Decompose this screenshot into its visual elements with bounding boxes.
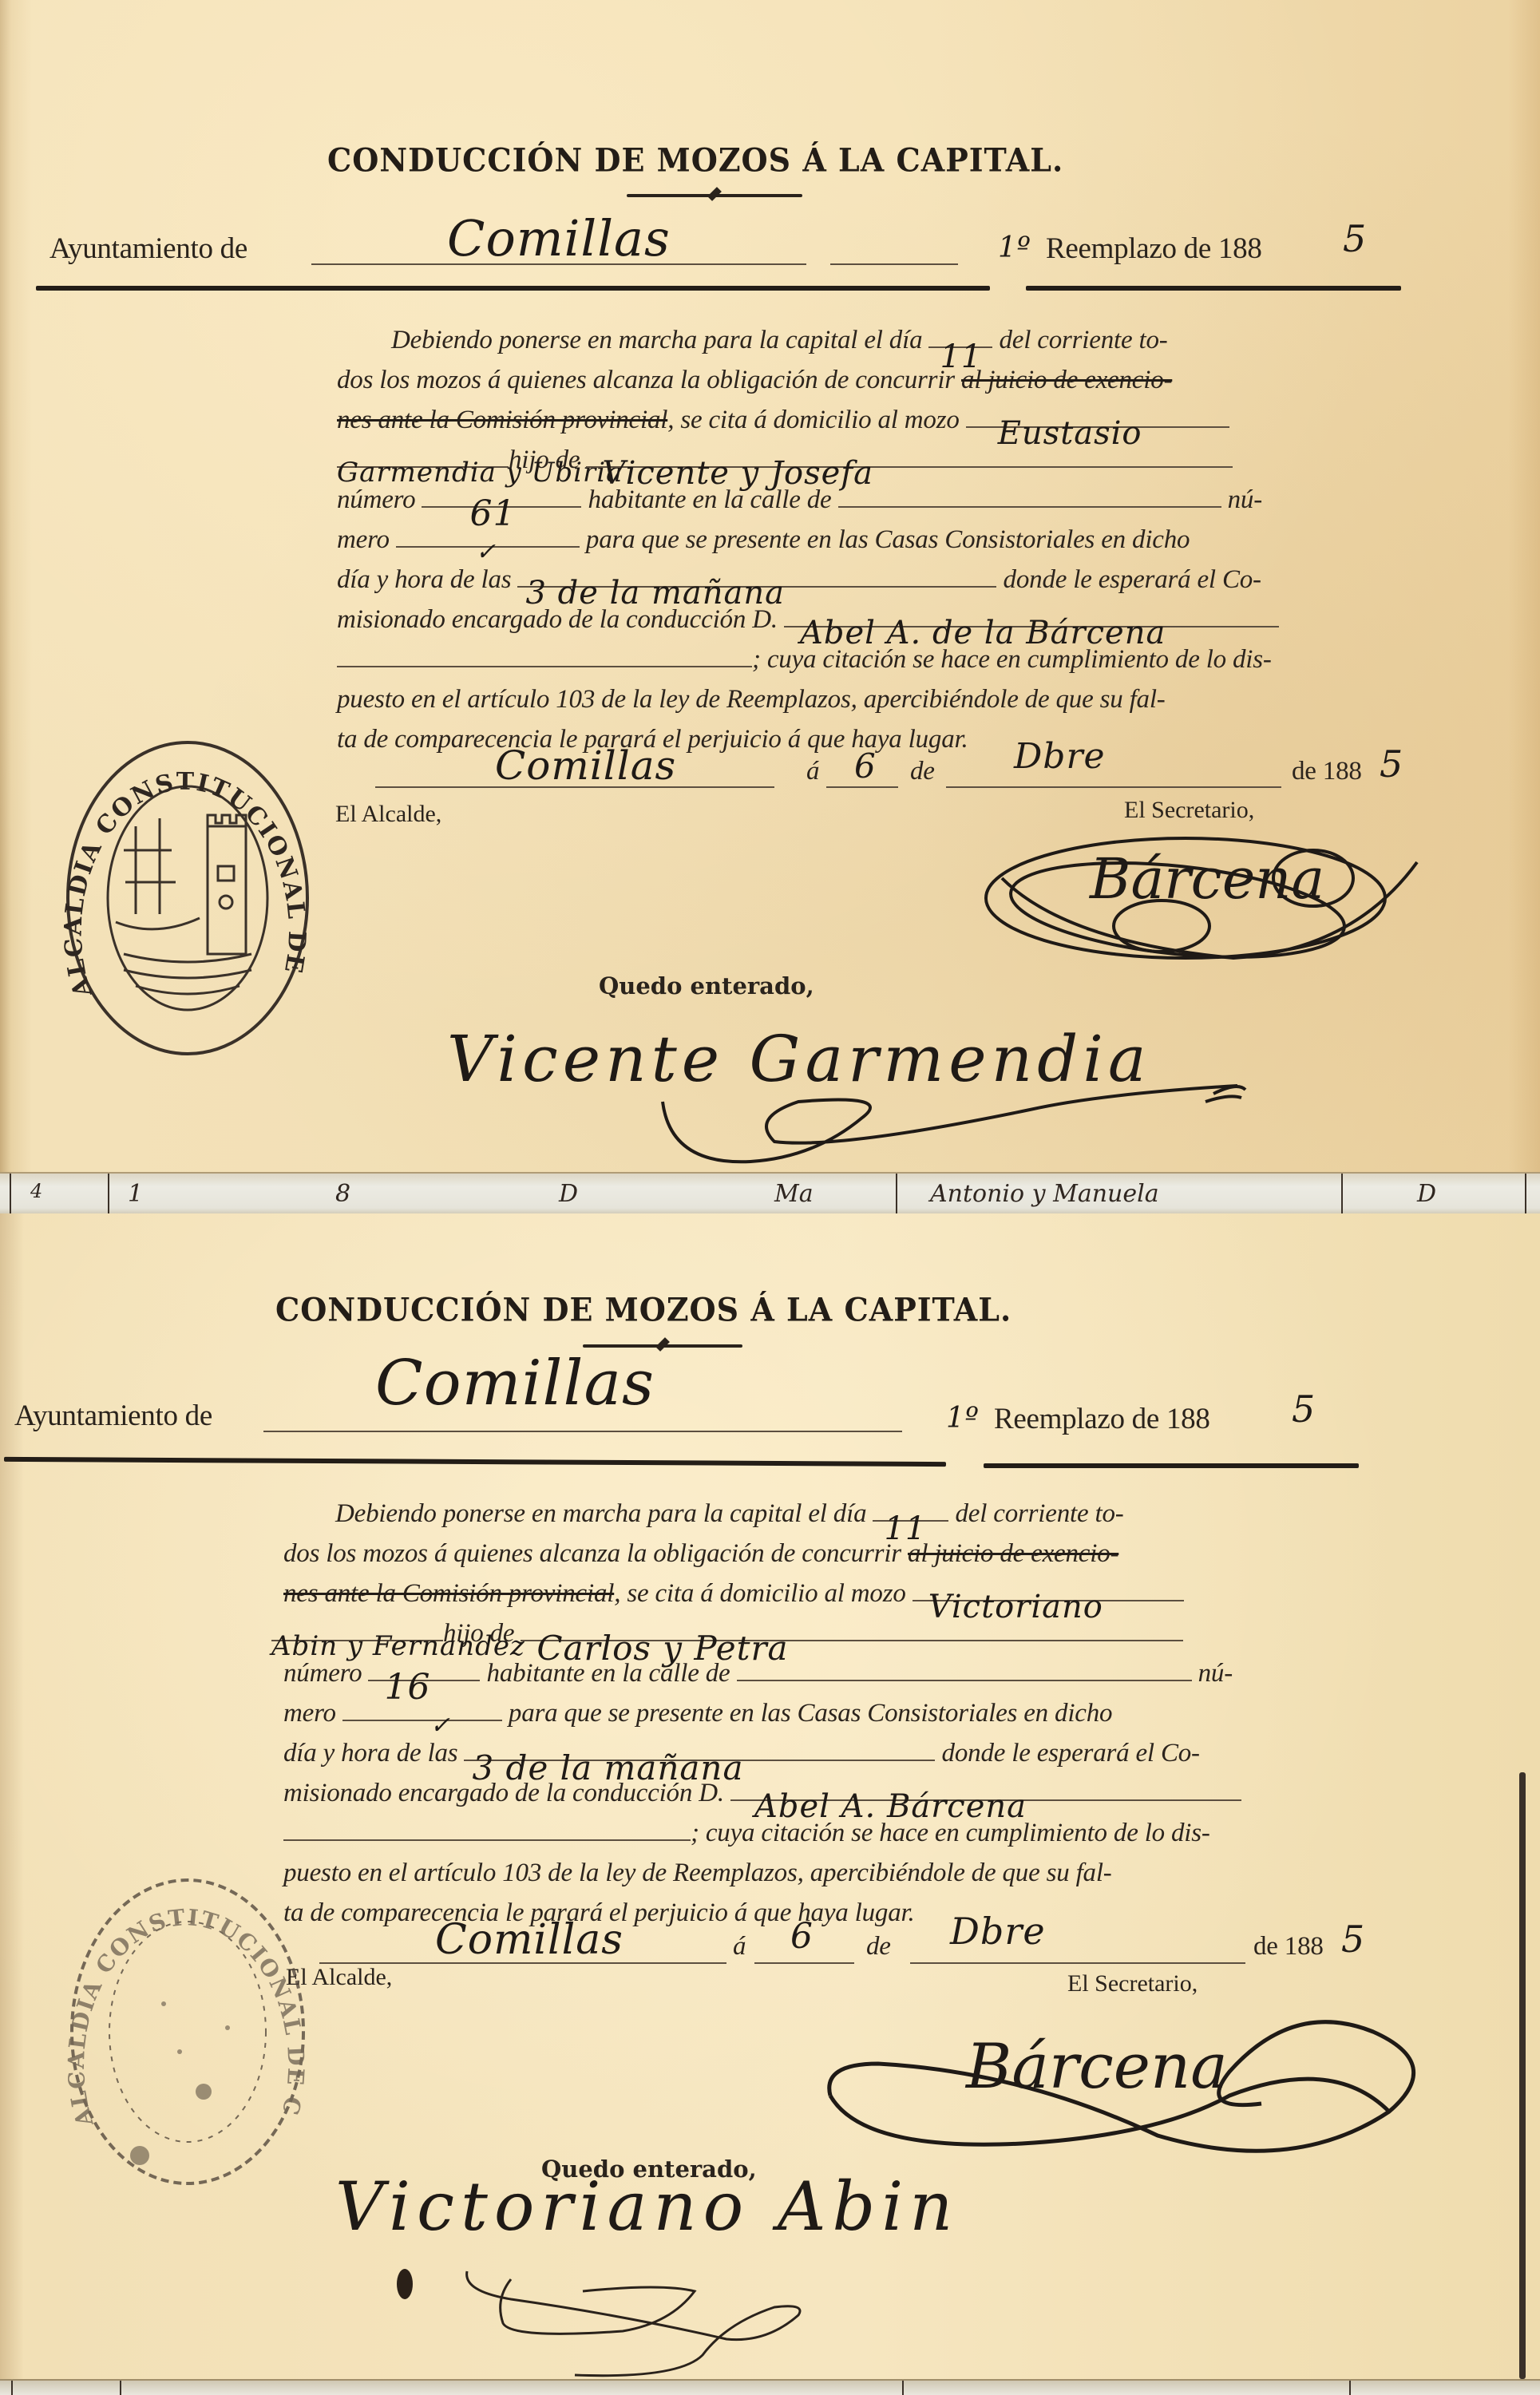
ayuntamiento-label: Ayuntamiento de bbox=[49, 232, 247, 266]
struck-text: al juicio de exencio- bbox=[961, 366, 1172, 394]
hora-field: 3 de la mañana bbox=[464, 1760, 935, 1761]
reemplazo-label: Reemplazo de 188 bbox=[994, 1402, 1210, 1436]
body-text: ; cuya citación se hace en cumplimiento … bbox=[752, 645, 1272, 674]
reemplazo-year-digit: 5 bbox=[1343, 217, 1367, 260]
body-line-2: dos los mozos á quienes alcanza la oblig… bbox=[283, 1539, 1118, 1569]
form-sheet-2: CONDUCCIÓN DE MOZOS Á LA CAPITAL. Ayunta… bbox=[0, 1213, 1540, 2379]
strip-cell: D bbox=[1417, 1180, 1436, 1208]
body-text: mero bbox=[337, 525, 390, 554]
date-place-value: Comillas bbox=[495, 742, 676, 789]
dia-field: 11 bbox=[928, 346, 992, 348]
body-text: dos los mozos á quienes alcanza la oblig… bbox=[337, 366, 955, 394]
date-de-label: de bbox=[866, 1932, 891, 1962]
date-year-digit: 5 bbox=[1380, 742, 1403, 786]
body-text: dos los mozos á quienes alcanza la oblig… bbox=[283, 1539, 901, 1568]
strip-cell-border bbox=[1525, 1174, 1526, 1215]
municipal-seal-icon: ALCALDIA CONSTITUCIONAL DE COMILLAS bbox=[60, 1868, 315, 2195]
underlying-register-strip: 4 1 8 D Ma Antonio y Manuela D bbox=[0, 1172, 1540, 1218]
svg-text:Bárcena: Bárcena bbox=[1088, 846, 1324, 912]
numero-calle-value: ✓ bbox=[476, 538, 497, 566]
day-field-line bbox=[826, 786, 898, 788]
body-line-3: nes ante la Comisión provincial, se cita… bbox=[283, 1579, 1184, 1609]
signature-flourish-icon bbox=[655, 1070, 1261, 1174]
alcalde-label: El Alcalde, bbox=[335, 801, 441, 828]
body-text: habitante en la calle de bbox=[487, 1659, 730, 1688]
body-text: Debiendo ponerse en marcha para la capit… bbox=[335, 1499, 866, 1528]
reemplazo-year-digit: 5 bbox=[1292, 1388, 1316, 1431]
ink-blot bbox=[397, 2269, 413, 2299]
svg-text:Bárcena: Bárcena bbox=[964, 2031, 1228, 2103]
calle-field bbox=[838, 506, 1221, 508]
date-day-value: 6 bbox=[790, 1916, 814, 1957]
body-text: ; cuya citación se hace en cumplimiento … bbox=[691, 1819, 1210, 1847]
body-text: puesto en el artículo 103 de la ley de R… bbox=[337, 685, 1166, 714]
header-rule-left bbox=[4, 1457, 946, 1467]
underlying-register-strip-bottom bbox=[0, 2379, 1540, 2395]
date-a-label: á bbox=[806, 757, 819, 786]
padres-field: Vicente y Josefa bbox=[586, 466, 1233, 468]
body-text: nú- bbox=[1228, 485, 1262, 514]
dia-field: 11 bbox=[873, 1520, 948, 1522]
month-field-line bbox=[946, 786, 1281, 788]
strip-cell-border bbox=[1341, 1174, 1343, 1215]
body-line-5: número 61 habitante en la calle de nú- bbox=[337, 485, 1262, 515]
page-edge-mark bbox=[1519, 1772, 1526, 2379]
date-place-value: Comillas bbox=[435, 1916, 624, 1964]
quedo-enterado-label: Quedo enterado, bbox=[599, 972, 814, 1000]
body-line-4: Garmendia y Ubiriahijo de Vicente y Jose… bbox=[337, 445, 1233, 475]
secretary-signature-icon: Bárcena bbox=[814, 2000, 1437, 2159]
body-line-10: puesto en el artículo 103 de la ley de R… bbox=[337, 685, 1166, 715]
body-line-7: día y hora de las 3 de la mañana donde l… bbox=[283, 1739, 1200, 1768]
struck-text: al juicio de exencio- bbox=[908, 1539, 1118, 1568]
strip-cell: Antonio y Manuela bbox=[930, 1180, 1159, 1208]
date-a-label: á bbox=[733, 1932, 746, 1962]
secretario-label: El Secretario, bbox=[1067, 1970, 1198, 1997]
header-rule-right bbox=[984, 1463, 1359, 1468]
body-text: para que se presente en las Casas Consis… bbox=[509, 1699, 1112, 1728]
comisionado-field: Abel A. Bárcena bbox=[730, 1799, 1241, 1801]
body-text: número bbox=[283, 1659, 362, 1688]
ayuntamiento-field-line bbox=[263, 1431, 902, 1432]
body-line-8: misionado encargado de la conducción D. … bbox=[283, 1779, 1241, 1808]
ayuntamiento-value: Comillas bbox=[447, 209, 671, 267]
struck-text: nes ante la Comisión provincial bbox=[283, 1579, 614, 1608]
body-text: número bbox=[337, 485, 415, 514]
body-line-8: misionado encargado de la conducción D. … bbox=[337, 605, 1279, 635]
header-rule-right bbox=[1026, 286, 1401, 291]
body-text: , se cita á domicilio al mozo bbox=[614, 1579, 905, 1608]
date-month-value: Dbre bbox=[950, 1910, 1046, 1953]
day-field-line bbox=[754, 1962, 854, 1964]
strip-cell-border bbox=[902, 2381, 904, 2395]
mozo-surname-value: Garmendia y Ubiria bbox=[337, 457, 623, 489]
hora-field: 3 de la mañana bbox=[517, 586, 996, 588]
svg-text:ALCALDIA CONSTITUCIONAL DE COM: ALCALDIA CONSTITUCIONAL DE COMILLAS bbox=[60, 730, 311, 1001]
body-text: para que se presente en las Casas Consis… bbox=[586, 525, 1190, 554]
body-text: del corriente to- bbox=[1000, 326, 1168, 354]
body-line-4: Abin y Fernandezhijo de Carlos y Petra bbox=[271, 1619, 1183, 1649]
body-line-1: Debiendo ponerse en marcha para la capit… bbox=[335, 1499, 1124, 1529]
mozo-field: Victoriano bbox=[913, 1600, 1184, 1601]
body-text: , se cita á domicilio al mozo bbox=[667, 406, 959, 434]
body-line-9: ; cuya citación se hace en cumplimiento … bbox=[337, 645, 1272, 675]
body-text: Debiendo ponerse en marcha para la capit… bbox=[391, 326, 922, 354]
numero-calle-value: ✓ bbox=[430, 1712, 451, 1740]
numero-field: 61 bbox=[422, 506, 581, 508]
strip-cell-border bbox=[896, 1174, 897, 1215]
body-text: del corriente to- bbox=[956, 1499, 1124, 1528]
body-text: día y hora de las bbox=[283, 1739, 457, 1768]
date-month-value: Dbre bbox=[1014, 736, 1106, 777]
secretary-signature-icon: Bárcena bbox=[970, 822, 1433, 982]
strip-cell-border bbox=[11, 2381, 13, 2395]
ornament-divider bbox=[627, 194, 802, 197]
strip-cell-border bbox=[1349, 2381, 1351, 2395]
form-sheet-1: CONDUCCIÓN DE MOZOS Á LA CAPITAL. Ayunta… bbox=[0, 0, 1540, 1172]
strip-cell: 4 bbox=[30, 1180, 42, 1202]
svg-text:ALCALDIA CONSTITUCIONAL DE COM: ALCALDIA CONSTITUCIONAL DE COMILLAS bbox=[60, 1868, 309, 2130]
reemplazo-prefix: 1º bbox=[998, 232, 1031, 264]
body-text: donde le esperará el Co- bbox=[1004, 565, 1261, 594]
month-field-line bbox=[910, 1962, 1245, 1964]
body-line-6: mero ✓ para que se presente en las Casas… bbox=[283, 1699, 1112, 1728]
strip-cell-border bbox=[108, 1174, 109, 1215]
body-text: misionado encargado de la conducción D. bbox=[337, 605, 778, 634]
body-text: puesto en el artículo 103 de la ley de R… bbox=[283, 1859, 1112, 1887]
recipient-signature: Victoriano Abin bbox=[335, 2167, 959, 2246]
numero-field: 16 bbox=[368, 1680, 480, 1681]
reemplazo-label: Reemplazo de 188 bbox=[1046, 232, 1262, 266]
mozo-surname-field: Abin y Fernandez bbox=[271, 1640, 443, 1641]
field-line bbox=[830, 263, 958, 265]
strip-cell: Ma bbox=[774, 1180, 814, 1208]
form-title: CONDUCCIÓN DE MOZOS Á LA CAPITAL. bbox=[327, 141, 1063, 179]
form-title: CONDUCCIÓN DE MOZOS Á LA CAPITAL. bbox=[275, 1291, 1011, 1328]
body-line-10: puesto en el artículo 103 de la ley de R… bbox=[283, 1859, 1112, 1888]
body-text: día y hora de las bbox=[337, 565, 511, 594]
body-text: misionado encargado de la conducción D. bbox=[283, 1779, 724, 1807]
strip-cell: D bbox=[559, 1180, 578, 1208]
body-line-2: dos los mozos á quienes alcanza la oblig… bbox=[337, 366, 1172, 395]
secretario-label: El Secretario, bbox=[1124, 797, 1254, 824]
mozo-surname-field: Garmendia y Ubiria bbox=[337, 466, 509, 468]
signature-flourish-icon bbox=[463, 2267, 894, 2379]
municipal-seal-icon: ALCALDIA CONSTITUCIONAL DE COMILLAS bbox=[60, 730, 323, 1066]
date-day-value: 6 bbox=[854, 746, 877, 786]
body-text: nú- bbox=[1198, 1659, 1233, 1688]
header-rule-left bbox=[36, 286, 990, 291]
date-year-digit: 5 bbox=[1341, 1918, 1365, 1961]
blank-field bbox=[337, 666, 752, 667]
padres-field: Carlos y Petra bbox=[521, 1640, 1183, 1641]
body-line-3: nes ante la Comisión provincial, se cita… bbox=[337, 406, 1229, 435]
body-text: donde le esperará el Co- bbox=[942, 1739, 1200, 1768]
numero-calle-field: ✓ bbox=[342, 1720, 502, 1721]
body-line-6: mero ✓ para que se presente en las Casas… bbox=[337, 525, 1190, 555]
date-year-label: de 188 bbox=[1292, 757, 1362, 786]
numero-calle-field: ✓ bbox=[396, 546, 580, 548]
mozo-field: Eustasio bbox=[966, 426, 1229, 428]
body-line-1: Debiendo ponerse en marcha para la capit… bbox=[391, 326, 1168, 355]
date-year-label: de 188 bbox=[1253, 1932, 1324, 1962]
strip-cell-border bbox=[10, 1174, 11, 1215]
reemplazo-prefix: 1º bbox=[946, 1402, 980, 1435]
body-line-7: día y hora de las 3 de la mañana donde l… bbox=[337, 565, 1261, 595]
body-text: mero bbox=[283, 1699, 336, 1728]
calle-field bbox=[737, 1680, 1192, 1681]
body-line-5: número 16 habitante en la calle de nú- bbox=[283, 1659, 1233, 1688]
ayuntamiento-value: Comillas bbox=[375, 1348, 655, 1419]
body-line-9: ; cuya citación se hace en cumplimiento … bbox=[283, 1819, 1210, 1848]
strip-cell: 1 bbox=[128, 1180, 143, 1208]
mozo-surname-value: Abin y Fernandez bbox=[271, 1630, 525, 1662]
paper-edge bbox=[1508, 0, 1540, 1172]
blank-field bbox=[283, 1839, 691, 1841]
struck-text: nes ante la Comisión provincial bbox=[337, 406, 667, 434]
body-text: habitante en la calle de bbox=[588, 485, 832, 514]
strip-cell: 8 bbox=[335, 1180, 350, 1208]
ayuntamiento-label: Ayuntamiento de bbox=[14, 1399, 212, 1433]
comisionado-field: Abel A. de la Bárcena bbox=[784, 626, 1279, 627]
strip-cell-border bbox=[120, 2381, 121, 2395]
date-de-label: de bbox=[910, 757, 935, 786]
